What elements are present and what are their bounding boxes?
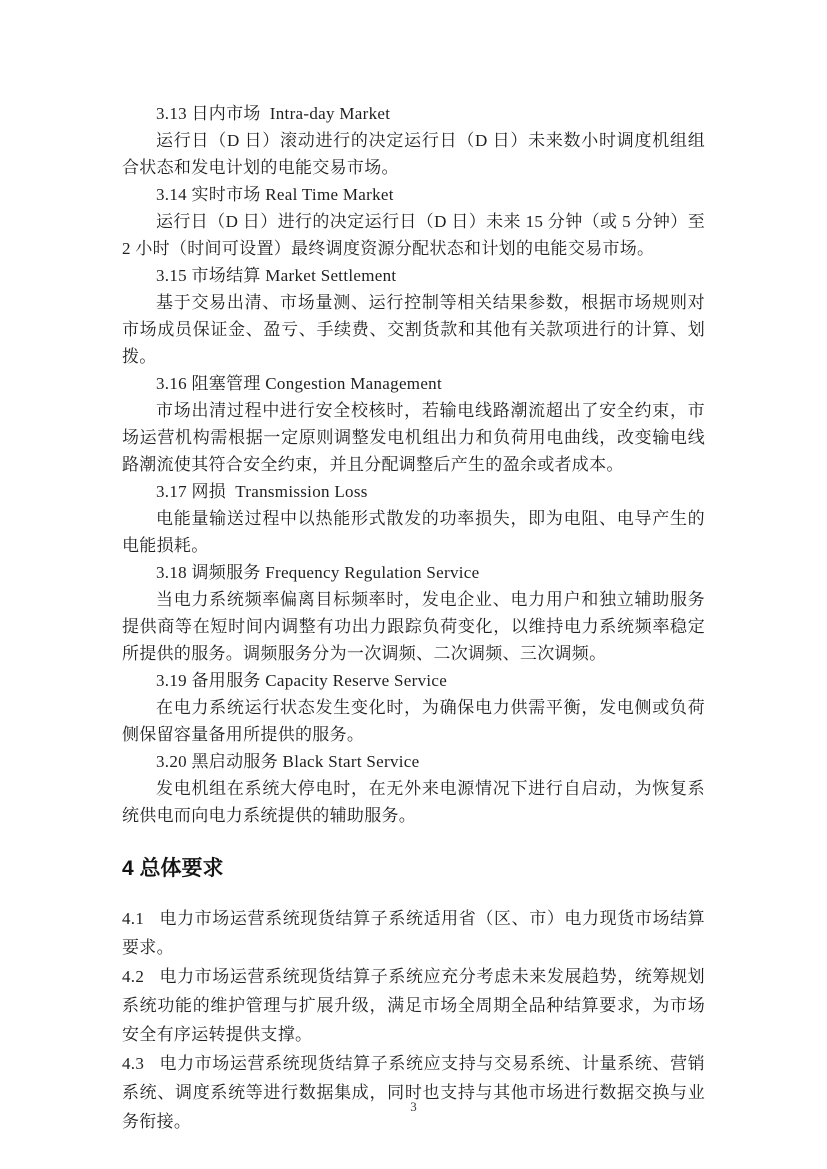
term-heading: 3.13 日内市场 Intra-day Market [122,100,705,127]
term-definition: 3.16 阻塞管理 Congestion Management 市场出清过程中进… [122,370,705,478]
document-page: 3.13 日内市场 Intra-day Market 运行日（D 日）滚动进行的… [0,0,827,1169]
document-body: 3.13 日内市场 Intra-day Market 运行日（D 日）滚动进行的… [122,100,705,1136]
requirement-item: 4.2电力市场运营系统现货结算子系统应充分考虑未来发展趋势，统筹规划系统功能的维… [122,962,705,1049]
requirement-text: 电力市场运营系统现货结算子系统应支持与交易系统、计量系统、营销系统、调度系统等进… [122,1054,705,1131]
term-definition-text: 基于交易出清、市场量测、运行控制等相关结果参数，根据市场规则对市场成员保证金、盈… [122,289,705,370]
page-number: 3 [410,1099,417,1114]
terminology-section: 3.13 日内市场 Intra-day Market 运行日（D 日）滚动进行的… [122,100,705,829]
term-definition: 3.19 备用服务 Capacity Reserve Service 在电力系统… [122,667,705,748]
term-definition-text: 在电力系统运行状态发生变化时，为确保电力供需平衡，发电侧或负荷侧保留容量备用所提… [122,694,705,748]
requirement-item: 4.1电力市场运营系统现货结算子系统适用省（区、市）电力现货市场结算要求。 [122,904,705,962]
term-definition: 3.14 实时市场 Real Time Market 运行日（D 日）进行的决定… [122,181,705,262]
term-definition-text: 当电力系统频率偏离目标频率时，发电企业、电力用户和独立辅助服务提供商等在短时间内… [122,586,705,667]
section-4-heading: 4 总体要求 [122,856,705,881]
term-heading: 3.15 市场结算 Market Settlement [122,262,705,289]
term-definition-text: 电能量输送过程中以热能形式散发的功率损失，即为电阻、电导产生的电能损耗。 [122,505,705,559]
term-definition: 3.13 日内市场 Intra-day Market 运行日（D 日）滚动进行的… [122,100,705,181]
term-definition: 3.20 黑启动服务 Black Start Service 发电机组在系统大停… [122,748,705,829]
term-definition-text: 市场出清过程中进行安全校核时，若输电线路潮流超出了安全约束，市场运营机构需根据一… [122,397,705,478]
term-definition: 3.18 调频服务 Frequency Regulation Service 当… [122,559,705,667]
requirement-text: 电力市场运营系统现货结算子系统适用省（区、市）电力现货市场结算要求。 [122,909,705,957]
term-heading: 3.14 实时市场 Real Time Market [122,181,705,208]
term-heading: 3.18 调频服务 Frequency Regulation Service [122,559,705,586]
page-footer: 3 [0,1098,827,1116]
term-heading: 3.16 阻塞管理 Congestion Management [122,370,705,397]
requirement-item: 4.3电力市场运营系统现货结算子系统应支持与交易系统、计量系统、营销系统、调度系… [122,1049,705,1136]
requirement-number: 4.2 [122,967,159,986]
requirement-number: 4.3 [122,1054,159,1073]
term-heading: 3.17 网损 Transmission Loss [122,478,705,505]
term-heading: 3.19 备用服务 Capacity Reserve Service [122,667,705,694]
term-definition: 3.15 市场结算 Market Settlement 基于交易出清、市场量测、… [122,262,705,370]
requirement-number: 4.1 [122,909,159,928]
term-definition-text: 运行日（D 日）进行的决定运行日（D 日）未来 15 分钟（或 5 分钟）至 2… [122,208,705,262]
requirement-text: 电力市场运营系统现货结算子系统应充分考虑未来发展趋势，统筹规划系统功能的维护管理… [122,967,705,1044]
term-definition-text: 发电机组在系统大停电时，在无外来电源情况下进行自启动，为恢复系统供电而向电力系统… [122,775,705,829]
term-definition-text: 运行日（D 日）滚动进行的决定运行日（D 日）未来数小时调度机组组合状态和发电计… [122,127,705,181]
term-heading: 3.20 黑启动服务 Black Start Service [122,748,705,775]
term-definition: 3.17 网损 Transmission Loss 电能量输送过程中以热能形式散… [122,478,705,559]
